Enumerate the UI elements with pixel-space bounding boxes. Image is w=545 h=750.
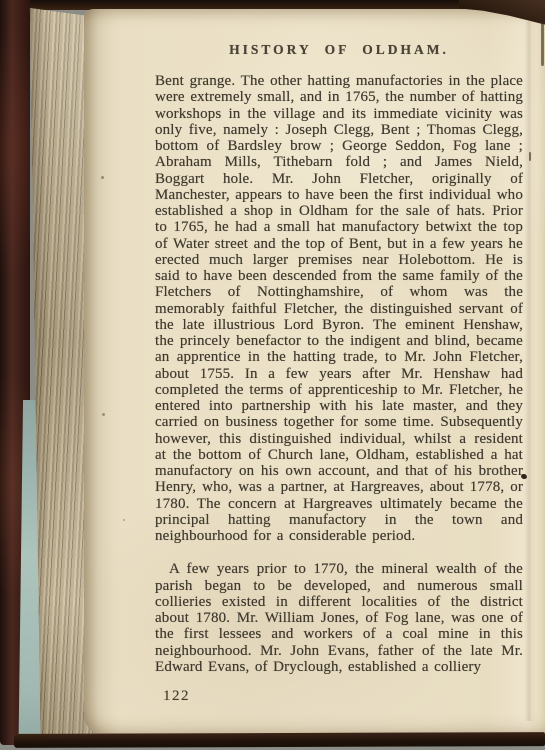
gutter-crease [524,21,536,721]
book-cover-bottom-edge [14,732,545,748]
paragraph-hatting-manufactories: Bent grange. The other hatting manufacto… [155,73,523,544]
paragraph-collieries: A few years prior to 1770, the mineral w… [155,561,523,675]
page-number: 122 [163,688,190,705]
running-header: HISTORY OF OLDHAM. [155,42,523,58]
page-body-text: Bent grange. The other hatting manufacto… [155,73,523,675]
scanned-book-photo: HISTORY OF OLDHAM. Bent grange. The othe… [0,0,545,750]
ink-tick [529,152,531,161]
page-edge-shadow-line [541,22,544,66]
paper-speck [123,519,125,521]
book-page: HISTORY OF OLDHAM. Bent grange. The othe… [84,9,545,738]
paper-speck [102,413,105,416]
paper-speck [101,176,104,179]
